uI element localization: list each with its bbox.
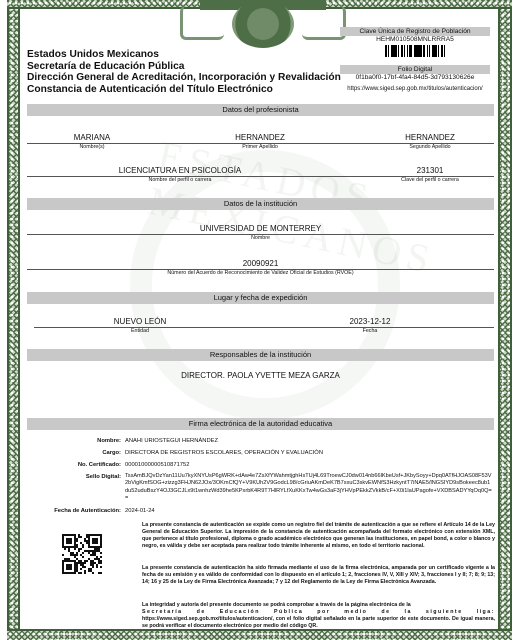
firma-fecha-value: 2024-01-24 [125, 508, 155, 514]
section-expedicion: Lugar y fecha de expedición [27, 292, 494, 304]
field-segundo-apellido: HERNANDEZ Segundo Apellido [365, 133, 495, 152]
firma-certificado-label: No. Certificado: [21, 461, 121, 469]
section-firma: Firma electrónica de la autoridad educat… [27, 418, 494, 430]
curp-value: HEHM010508MNLRRRA5 [340, 36, 490, 44]
field-entidad: NUEVO LEÓN Entidad [90, 317, 190, 336]
document-header: Estados Unidos Mexicanos Secretaría de E… [27, 49, 341, 95]
barcode-icon [355, 45, 475, 57]
legal-paragraph-3c: https://www.siged.sep.gob.mx/titulos/aut… [142, 616, 495, 630]
firma-certificado-value: 00001000000510871752 [125, 462, 189, 468]
field-fecha-expedicion: 2023-12-12 Fecha [315, 317, 425, 336]
national-crest-icon [180, 0, 346, 48]
field-responsable: DIRECTOR. PAOLA YVETTE MEZA GARZA [27, 371, 494, 381]
firma-nombre-value: ANAHI URIOSTEGUI HERNÁNDEZ [125, 438, 218, 444]
section-institucion: Datos de la institución [27, 198, 494, 210]
border-right [498, 0, 512, 640]
firma-sello-value: TssAmBJQvDzYan11Uu7kyXNYUsP6gWRK+dAw4e7Z… [125, 473, 493, 503]
document-title: Constancia de Autenticación del Título E… [27, 84, 341, 96]
identifiers-panel: Clave Única de Registro de Población HEH… [340, 27, 490, 92]
firma-nombre-row: Nombre: ANAHI URIOSTEGUI HERNÁNDEZ [125, 437, 218, 445]
field-rvoe: 20090921 Número del Acuerdo de Reconocim… [27, 259, 494, 278]
firma-cargo-value: DIRECTORA DE REGISTROS ESCOLARES, OPERAC… [125, 450, 323, 456]
firma-fecha-label: Fecha de Autenticación: [21, 507, 121, 515]
field-nombre: MARIANA Nombre(s) [27, 133, 157, 152]
section-profesionista: Datos del profesionista [27, 104, 494, 116]
border-left [7, 0, 20, 640]
firma-nombre-label: Nombre: [21, 437, 121, 445]
section-responsables: Responsables de la institución [27, 349, 494, 361]
header-line-secretariat: Secretaría de Educación Pública [27, 61, 341, 73]
curp-label: Clave Única de Registro de Población [340, 27, 490, 36]
legal-paragraph-3a: La integridad y autoría del presente doc… [142, 602, 495, 609]
firma-cargo-label: Cargo: [21, 449, 121, 457]
field-institucion-nombre: UNIVERSIDAD DE MONTERREY Nombre [27, 224, 494, 243]
legal-paragraph-1: La presente constancia de autenticación … [142, 522, 495, 550]
firma-sello-label: Sello Digital: [21, 473, 121, 481]
firma-cargo-row: Cargo: DIRECTORA DE REGISTROS ESCOLARES,… [125, 449, 323, 457]
firma-fecha-row: Fecha de Autenticación: 2024-01-24 [125, 507, 155, 515]
legal-paragraph-2: La presente constancia de autenticación … [142, 565, 495, 586]
field-primer-apellido: HERNANDEZ Primer Apellido [190, 133, 330, 152]
header-line-country: Estados Unidos Mexicanos [27, 49, 341, 61]
folio-value: 0f1ba0f0-17bf-4fa4-84d5-3d793130626e [340, 74, 490, 82]
field-carrera: LICENCIATURA EN PSICOLOGÍA Nombre del pe… [100, 166, 260, 185]
verification-url[interactable]: https://www.siged.sep.gob.mx/titulos/aut… [340, 86, 490, 92]
header-line-directorate: Dirección General de Acreditación, Incor… [27, 72, 341, 84]
firma-certificado-row: No. Certificado: 00001000000510871752 [125, 461, 189, 469]
folio-label: Folio Digital [340, 65, 490, 74]
border-bottom [7, 629, 512, 640]
legal-paragraph-3b: Secretaría de Educación Pública por medi… [142, 609, 495, 616]
qr-code-icon [62, 534, 102, 574]
field-clave-carrera: 231301 Clave del perfil o carrera [370, 166, 490, 185]
